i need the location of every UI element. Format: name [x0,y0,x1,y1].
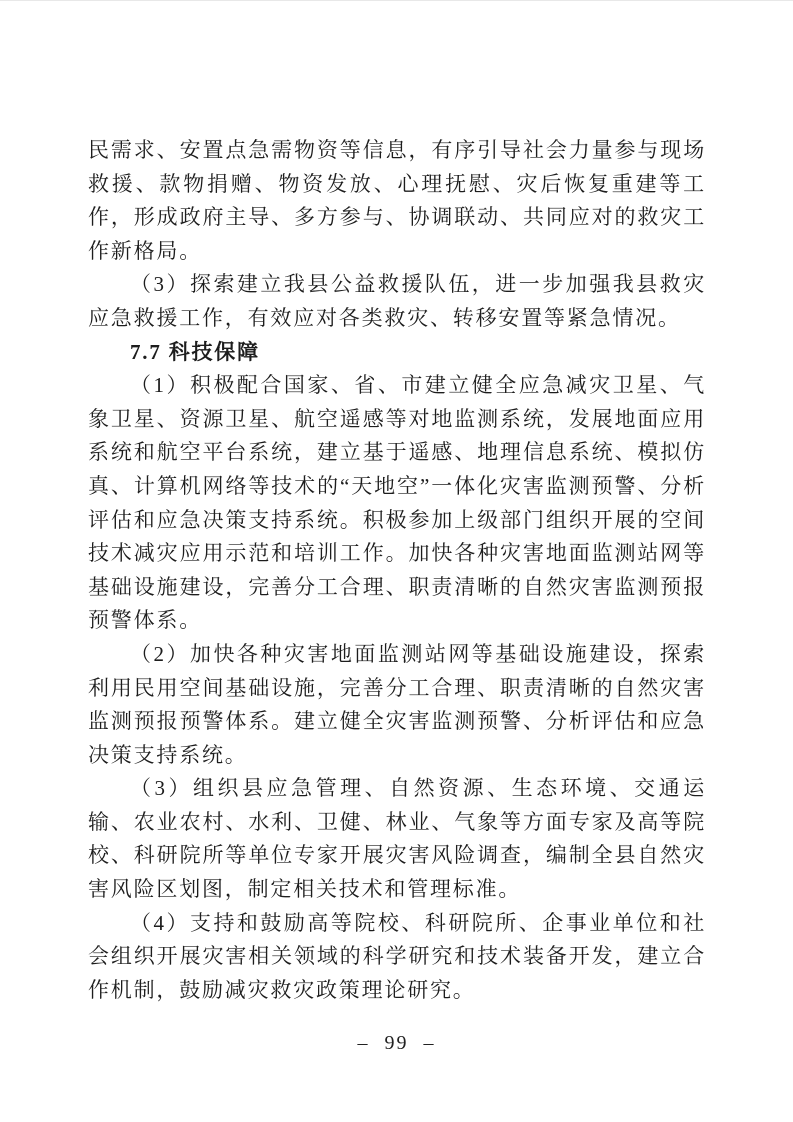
paragraph-item-1-satellite-monitoring: （1）积极配合国家、省、市建立健全应急减灾卫星、气象卫星、资源卫星、航空遥感等对… [88,369,706,638]
paragraph-item-4-research-support: （4）支持和鼓励高等院校、科研院所、企事业单位和社会组织开展灾害相关领域的科学研… [88,907,706,1008]
document-page: 民需求、安置点急需物资等信息，有序引导社会力量参与现场救援、款物捐赠、物资发放、… [0,0,793,1122]
paragraph-continuation: 民需求、安置点急需物资等信息，有序引导社会力量参与现场救援、款物捐赠、物资发放、… [88,134,706,268]
paragraph-item-3-rescue-teams: （3）探索建立我县公益救援队伍，进一步加强我县救灾应急救援工作，有效应对各类救灾… [88,268,706,335]
paragraph-item-2-ground-stations: （2）加快各种灾害地面监测站网等基础设施建设，探索利用民用空间基础设施，完善分工… [88,638,706,772]
paragraph-item-3-risk-survey: （3）组织县应急管理、自然资源、生态环境、交通运输、农业农村、水利、卫健、林业、… [88,772,706,906]
page-footer: – 99 – [0,1032,793,1055]
document-body: 民需求、安置点急需物资等信息，有序引导社会力量参与现场救援、款物捐赠、物资发放、… [88,134,706,1007]
page-number: – 99 – [358,1032,436,1054]
section-heading-7-7: 7.7 科技保障 [88,336,706,370]
